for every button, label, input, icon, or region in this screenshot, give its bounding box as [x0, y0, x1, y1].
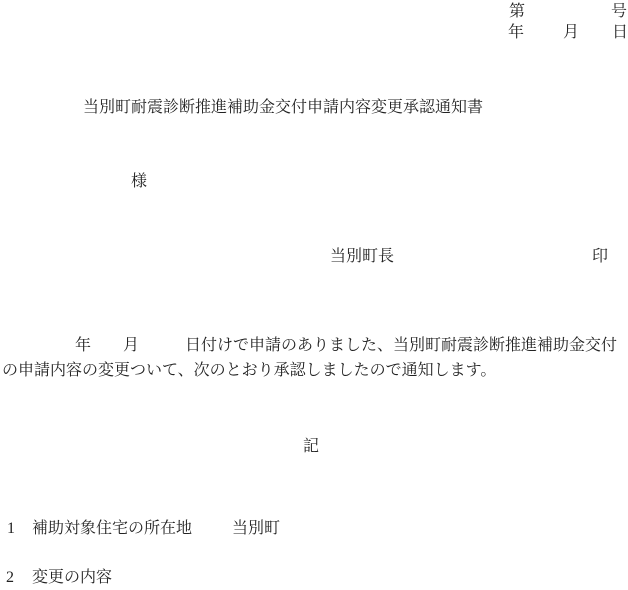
- date-day-label: 日: [612, 23, 628, 42]
- record-marker: 記: [303, 437, 319, 456]
- body-month-label: 月: [123, 337, 139, 354]
- document-title: 当別町耐震診断推進補助金交付申請内容変更承認通知書: [83, 98, 483, 117]
- doc-number-prefix: 第: [509, 2, 525, 21]
- body-paragraph-line2: の申請内容の変更ついて、次のとおり承認しましたので通知します。: [2, 361, 496, 380]
- body-year-label: 年: [75, 337, 91, 354]
- doc-number-suffix: 号: [611, 2, 627, 21]
- document-page: 第 号 年 月 日 当別町耐震診断推進補助金交付申請内容変更承認通知書 様 当別…: [0, 0, 628, 590]
- list-item-2: 2 変更の内容: [0, 568, 628, 588]
- item-1-number: 1: [7, 519, 15, 538]
- body-line1-text: 日付けで申請のありました、当別町耐震診断推進補助金交付: [185, 337, 617, 354]
- seal-placeholder: 印: [592, 247, 608, 266]
- sender-name: 当別町長: [330, 247, 394, 266]
- date-year-label: 年: [508, 23, 524, 42]
- item-1-value: 当別町: [232, 519, 280, 538]
- item-1-label: 補助対象住宅の所在地: [32, 519, 192, 538]
- date-month-label: 月: [563, 23, 579, 42]
- list-item-1: 1 補助対象住宅の所在地 当別町: [0, 519, 628, 539]
- item-2-number: 2: [6, 568, 14, 587]
- item-2-label: 変更の内容: [32, 568, 112, 587]
- body-paragraph-line1: 年月日付けで申請のありました、当別町耐震診断推進補助金交付: [75, 336, 617, 355]
- addressee-honorific: 様: [131, 172, 147, 191]
